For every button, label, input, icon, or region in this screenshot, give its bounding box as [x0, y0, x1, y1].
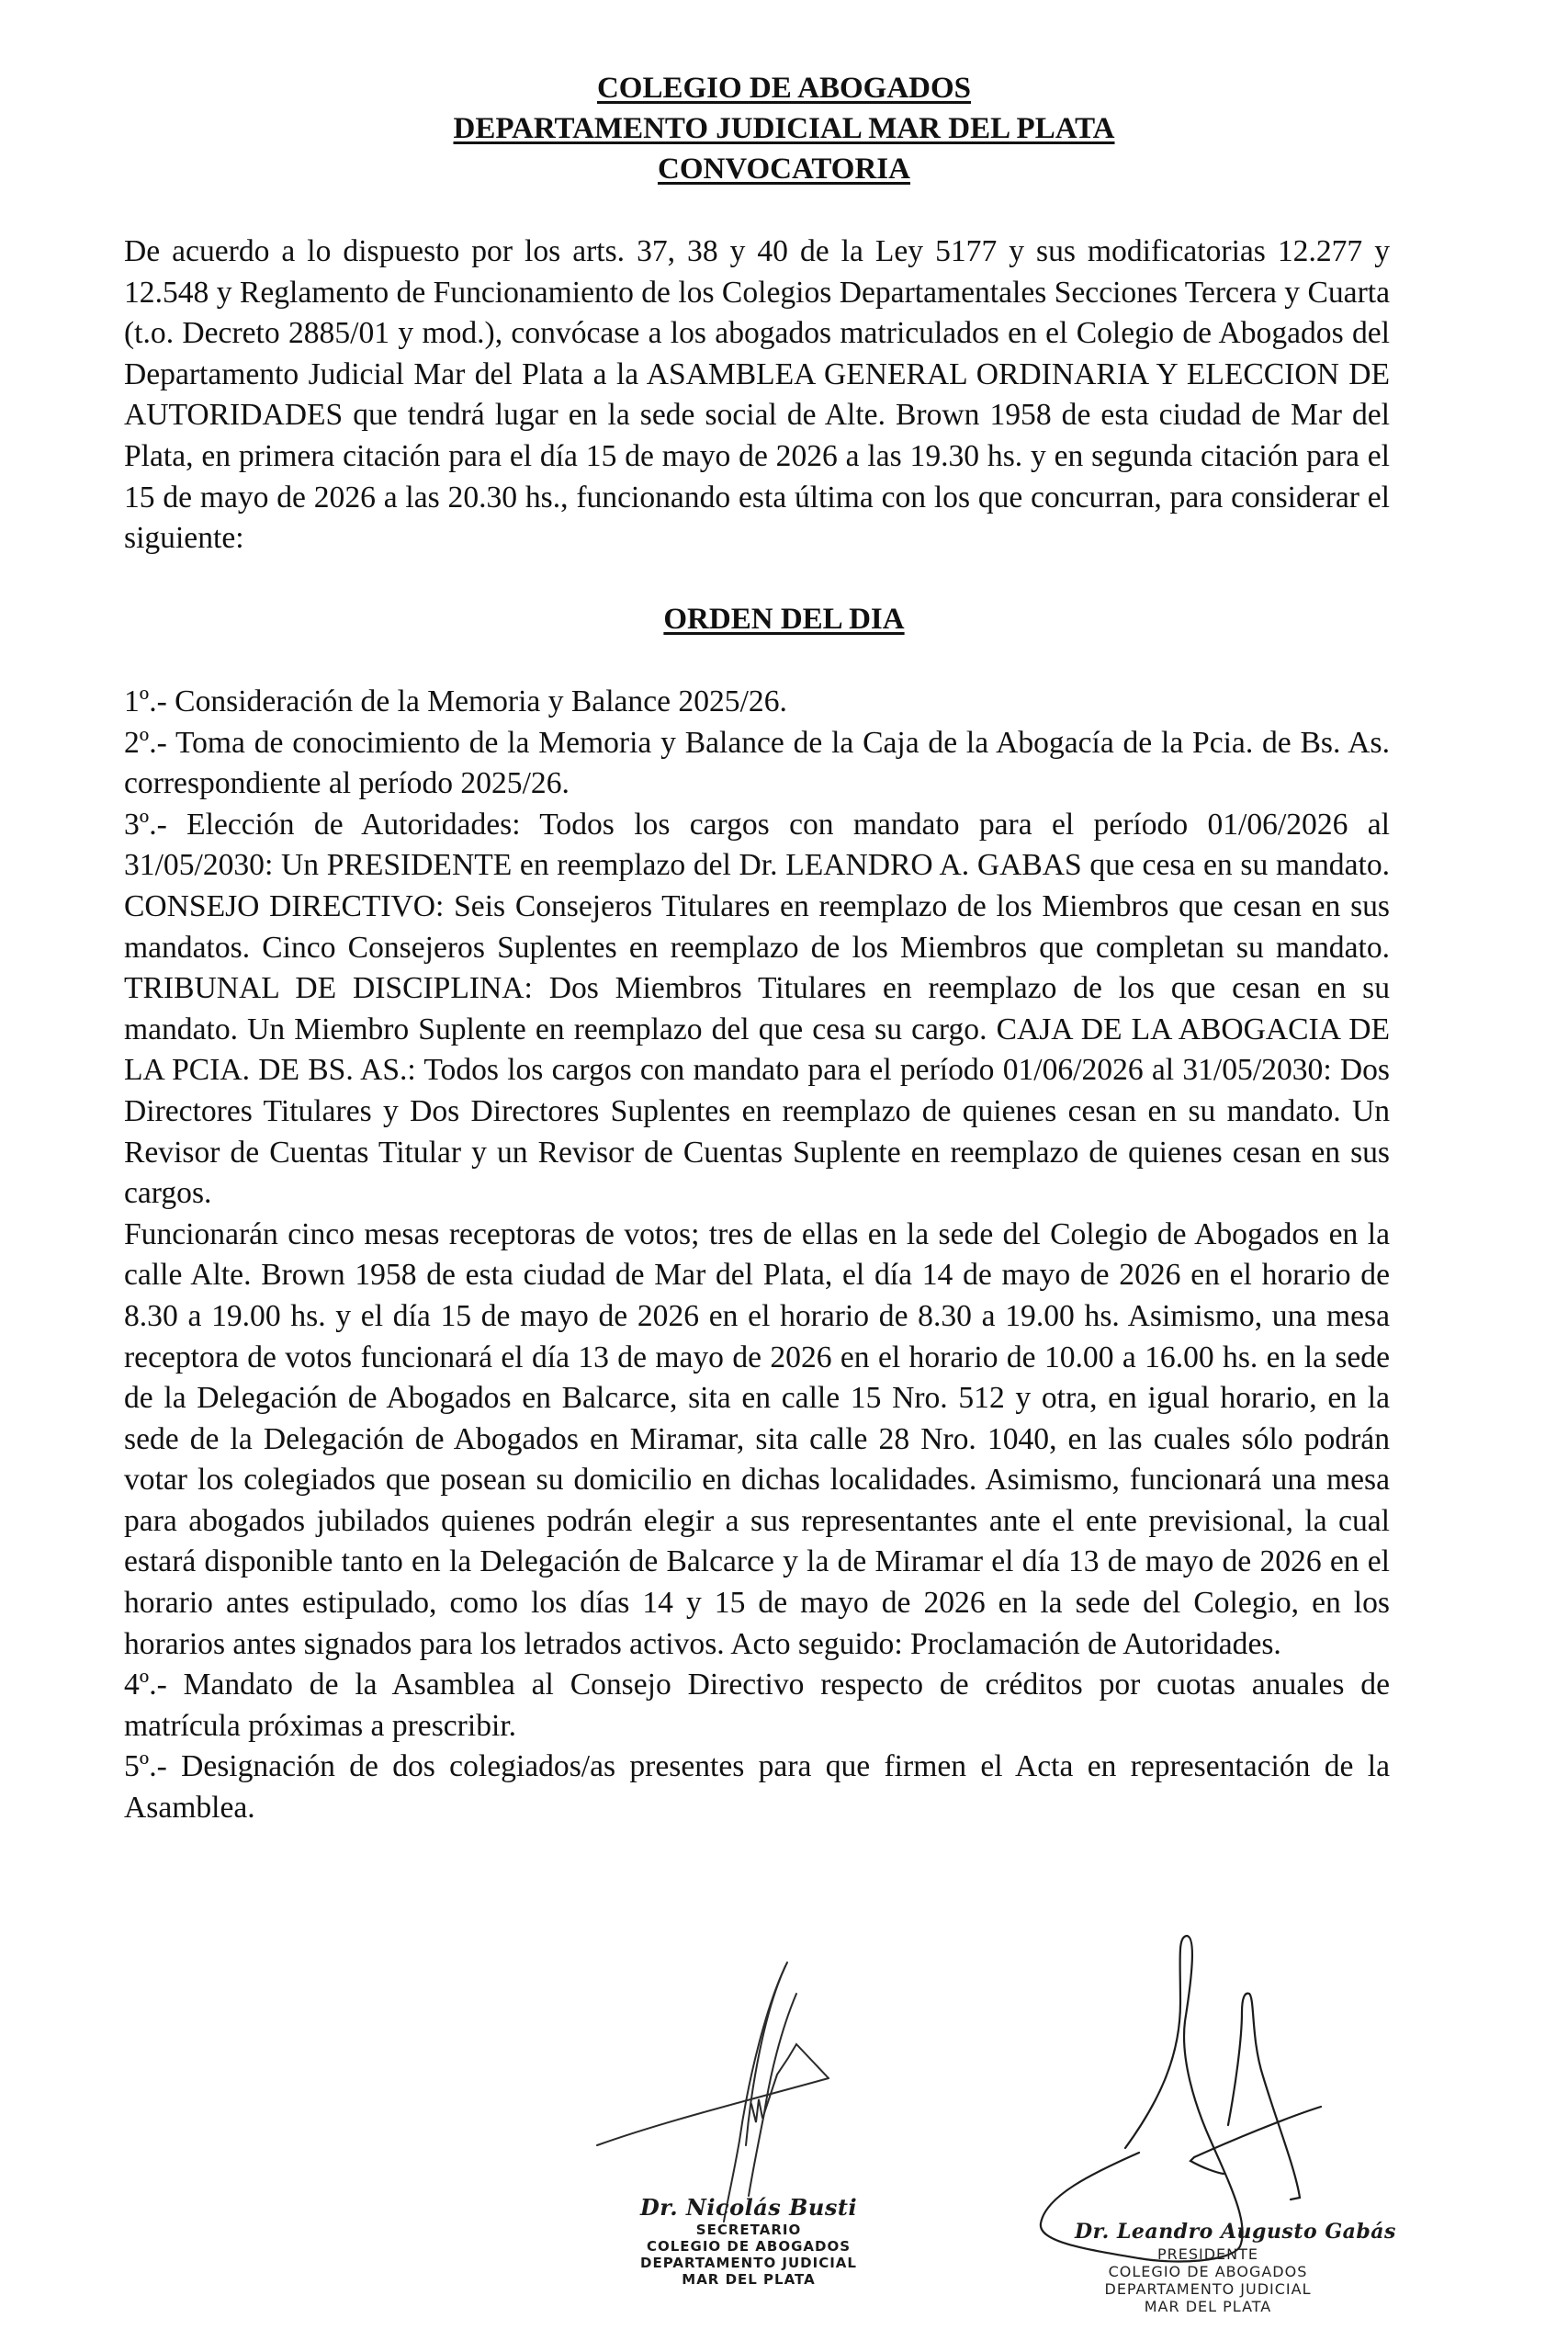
order-item-1: 1º.- Consideración de la Memoria y Balan… — [124, 682, 1390, 723]
document-page: COLEGIO DE ABOGADOS DEPARTAMENTO JUDICIA… — [0, 0, 1568, 2352]
signature-stamp-secretary: Dr. Nicolás Busti SECRETARIO COLEGIO DE … — [634, 2194, 863, 2288]
president-org-line-1: COLEGIO DE ABOGADOS — [1075, 2263, 1341, 2280]
order-item-3: 3º.- Elección de Autoridades: Todos los … — [124, 805, 1390, 1215]
order-item-2: 2º.- Toma de conocimiento de la Memoria … — [124, 723, 1390, 805]
signature-stamp-president: Dr. Leandro Augusto Gabás PRESIDENTE COL… — [1075, 2218, 1341, 2315]
signature-left-icon — [597, 1962, 829, 2222]
secretary-org-line-2: DEPARTAMENTO JUDICIAL — [634, 2255, 863, 2271]
secretary-name: Dr. Nicolás Busti — [634, 2194, 863, 2222]
voting-tables-paragraph: Funcionarán cinco mesas receptoras de vo… — [124, 1215, 1390, 1666]
president-org-line-2: DEPARTAMENTO JUDICIAL — [1075, 2280, 1341, 2298]
secretary-org-line-3: MAR DEL PLATA — [634, 2271, 863, 2288]
header-organization: COLEGIO DE ABOGADOS — [597, 72, 971, 105]
president-name: Dr. Leandro Augusto Gabás — [1075, 2218, 1341, 2245]
order-item-5: 5º.- Designación de dos colegiados/as pr… — [124, 1747, 1390, 1828]
president-org-line-3: MAR DEL PLATA — [1075, 2298, 1341, 2315]
president-role: PRESIDENTE — [1075, 2245, 1341, 2263]
header-department: DEPARTAMENTO JUDICIAL MAR DEL PLATA — [453, 112, 1114, 145]
order-of-day-heading: ORDEN DEL DIA — [0, 599, 1568, 639]
document-title: CONVOCATORIA — [658, 153, 910, 186]
header-line-3: CONVOCATORIA — [0, 149, 1568, 189]
secretary-role: SECRETARIO — [634, 2222, 863, 2238]
signature-right-icon — [1041, 1936, 1321, 2262]
header-line-2: DEPARTAMENTO JUDICIAL MAR DEL PLATA — [0, 108, 1568, 149]
order-item-4: 4º.- Mandato de la Asamblea al Consejo D… — [124, 1665, 1390, 1747]
intro-section: De acuerdo a lo dispuesto por los arts. … — [124, 232, 1390, 560]
header-line-1: COLEGIO DE ABOGADOS — [0, 68, 1568, 108]
order-of-day-title: ORDEN DEL DIA — [663, 603, 904, 636]
intro-paragraph: De acuerdo a lo dispuesto por los arts. … — [124, 232, 1390, 560]
order-of-day-list: 1º.- Consideración de la Memoria y Balan… — [124, 682, 1390, 1829]
secretary-org-line-1: COLEGIO DE ABOGADOS — [634, 2238, 863, 2255]
document-header: COLEGIO DE ABOGADOS DEPARTAMENTO JUDICIA… — [0, 68, 1568, 189]
